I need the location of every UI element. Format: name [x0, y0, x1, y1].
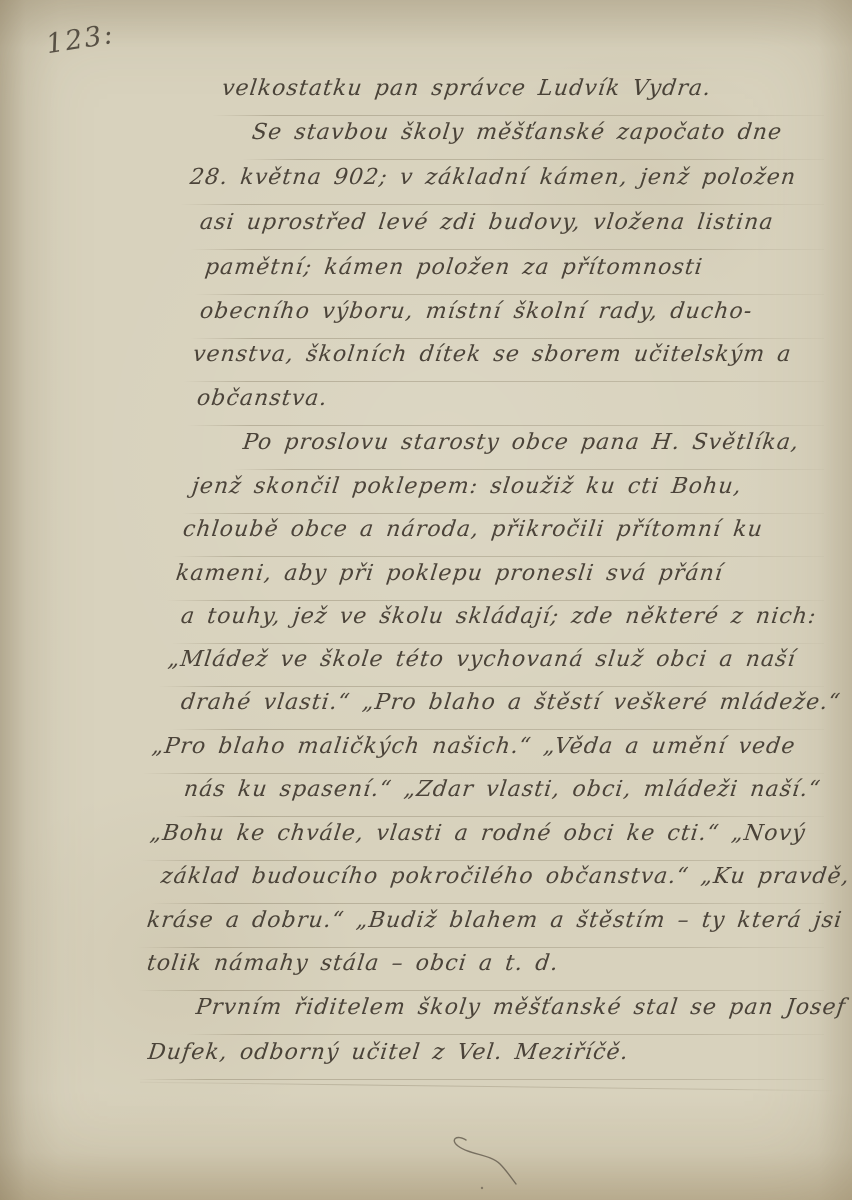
manuscript-line: kráse a dobru.“ „Budiž blahem a štěstím … [147, 908, 824, 953]
manuscript-line-text: Prvním řiditelem školy měšťanské stal se… [194, 995, 847, 1020]
manuscript-line: pamětní; kámen položen za přítomnosti [205, 255, 824, 300]
manuscript-line: jenž skončil poklepem: sloužiž ku cti Bo… [192, 474, 824, 519]
manuscript-line-text: obecního výboru, místní školní rady, duc… [198, 299, 753, 324]
manuscript-line-text: Dufek, odborný učitel z Vel. Meziříčě. [146, 1040, 630, 1065]
manuscript-line-text: pamětní; kámen položen za přítomnosti [203, 255, 704, 280]
manuscript-line: Se stavbou školy měšťanské započato dne [252, 120, 824, 165]
manuscript-line-text: tolik námahy stála – obci a t. d. [145, 951, 560, 976]
manuscript-line: chloubě obce a národa, přikročili přítom… [183, 517, 824, 562]
manuscript-line: základ budoucího pokročilého občanstva.“… [161, 864, 824, 909]
manuscript-line: občanstva. [197, 386, 824, 431]
manuscript-line: asi uprostřed levé zdi budovy, vložena l… [200, 210, 824, 255]
manuscript-line-text: venstva, školních dítek se sborem učitel… [191, 342, 793, 367]
manuscript-line: „Pro blaho maličkých našich.“ „Věda a um… [152, 734, 824, 779]
manuscript-line: tolik námahy stála – obci a t. d. [147, 951, 824, 996]
manuscript-line-text: kráse a dobru.“ „Budiž blahem a štěstím … [145, 908, 843, 933]
page-number: 123: [44, 19, 117, 60]
manuscript-line-text: nás ku spasení.“ „Zdar vlasti, obci, mlá… [182, 777, 822, 802]
manuscript-line: venstva, školních dítek se sborem učitel… [193, 342, 824, 387]
manuscript-line-text: Se stavbou školy měšťanské započato dne [250, 120, 783, 145]
manuscript-line: nás ku spasení.“ „Zdar vlasti, obci, mlá… [184, 777, 824, 822]
manuscript-line-text: drahé vlasti.“ „Pro blaho a štěstí veške… [179, 690, 842, 715]
manuscript-line-text: jenž skončil poklepem: sloužiž ku cti Bo… [190, 474, 743, 499]
manuscript-line: velkostatku pan správce Ludvík Vydra. [222, 76, 824, 121]
manuscript-line-text: chloubě obce a národa, přikročili přítom… [181, 517, 764, 542]
manuscript-line-text: „Pro blaho maličkých našich.“ „Věda a um… [150, 734, 797, 759]
manuscript-line-text: asi uprostřed levé zdi budovy, vložena l… [198, 210, 775, 235]
manuscript-line: „Bohu ke chvále, vlasti a rodné obci ke … [150, 821, 824, 866]
manuscript-line: drahé vlasti.“ „Pro blaho a štěstí veške… [181, 690, 824, 735]
manuscript-line-text: a touhy, jež ve školu skládají; zde někt… [179, 604, 818, 629]
manuscript-line: obecního výboru, místní školní rady, duc… [200, 299, 824, 344]
manuscript-line: kameni, aby při poklepu pronesli svá přá… [176, 561, 824, 606]
manuscript-line-text: kameni, aby při poklepu pronesli svá přá… [174, 561, 724, 586]
manuscript-line: „Mládež ve škole této vychovaná služ obc… [168, 647, 824, 692]
manuscript-line: a touhy, jež ve školu skládají; zde někt… [181, 604, 824, 649]
pen-flourish-icon [448, 1132, 538, 1200]
manuscript-line-text: velkostatku pan správce Ludvík Vydra. [220, 76, 712, 101]
manuscript-line: Prvním řiditelem školy měšťanské stal se… [196, 995, 824, 1040]
manuscript-line-text: občanstva. [195, 386, 329, 411]
manuscript-line-text: „Bohu ke chvále, vlasti a rodné obci ke … [148, 821, 807, 846]
manuscript-line-text: Po proslovu starosty obce pana H. Světlí… [241, 430, 800, 455]
manuscript-line: Po proslovu starosty obce pana H. Světlí… [243, 430, 824, 475]
manuscript-line-text: 28. května 902; v základní kámen, jenž p… [188, 165, 797, 190]
manuscript-line: Dufek, odborný učitel z Vel. Meziříčě. [148, 1040, 824, 1085]
manuscript-line-text: základ budoucího pokročilého občanstva.“… [159, 864, 851, 889]
manuscript-line-text: „Mládež ve škole této vychovaná služ obc… [166, 647, 797, 672]
manuscript-line: 28. května 902; v základní kámen, jenž p… [190, 165, 824, 210]
manuscript-page: 123: velkostatku pan správce Ludvík Vydr… [0, 0, 852, 1200]
